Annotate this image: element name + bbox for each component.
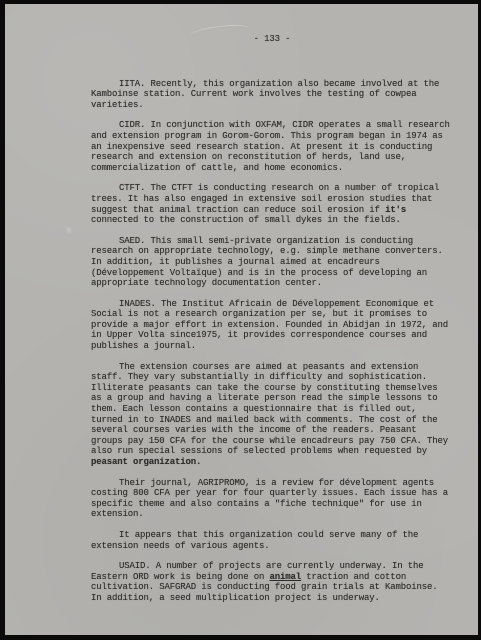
text-run: Their journal, AGRIPROMO, is a review fo… <box>91 478 448 520</box>
text-run: SAED. This small semi-private organizati… <box>91 236 443 288</box>
document-paper: - 133 - IITA. Recently, this organizatio… <box>5 4 478 635</box>
scanned-page-frame: - 133 - IITA. Recently, this organizatio… <box>0 0 481 640</box>
paragraphs: IITA. Recently, this organization also b… <box>91 79 453 604</box>
paragraph: IITA. Recently, this organization also b… <box>91 79 453 111</box>
paragraph: It appears that this organization could … <box>91 530 453 551</box>
paragraph: SAED. This small semi-private organizati… <box>91 236 453 289</box>
text-run: It appears that this organization could … <box>91 530 418 551</box>
emphasized-text: it's <box>385 205 406 215</box>
page-number: - 133 - <box>91 34 453 45</box>
text-run: The extension courses are aimed at peasa… <box>91 362 448 457</box>
emphasized-text: peasant organization. <box>91 457 201 467</box>
text-run: CIDR. In conjunction with OXFAM, CIDR op… <box>91 120 450 172</box>
scan-artifact <box>65 226 73 234</box>
paragraph: CTFT. The CTFT is conducting research on… <box>91 183 453 225</box>
paragraph: Their journal, AGRIPROMO, is a review fo… <box>91 478 453 520</box>
text-run: INADES. The Institut Africain de Dévelop… <box>91 299 448 351</box>
paragraph: CIDR. In conjunction with OXFAM, CIDR op… <box>91 120 453 173</box>
paragraph: USAID. A number of projects are currentl… <box>91 561 453 603</box>
page-content: - 133 - IITA. Recently, this organizatio… <box>91 34 453 614</box>
paragraph: INADES. The Institut Africain de Dévelop… <box>91 299 453 352</box>
text-run: connected to the construction of small d… <box>91 215 401 225</box>
paragraph: The extension courses are aimed at peasa… <box>91 362 453 468</box>
emphasized-text: animal <box>270 572 302 582</box>
text-run: IITA. Recently, this organization also b… <box>91 79 439 110</box>
